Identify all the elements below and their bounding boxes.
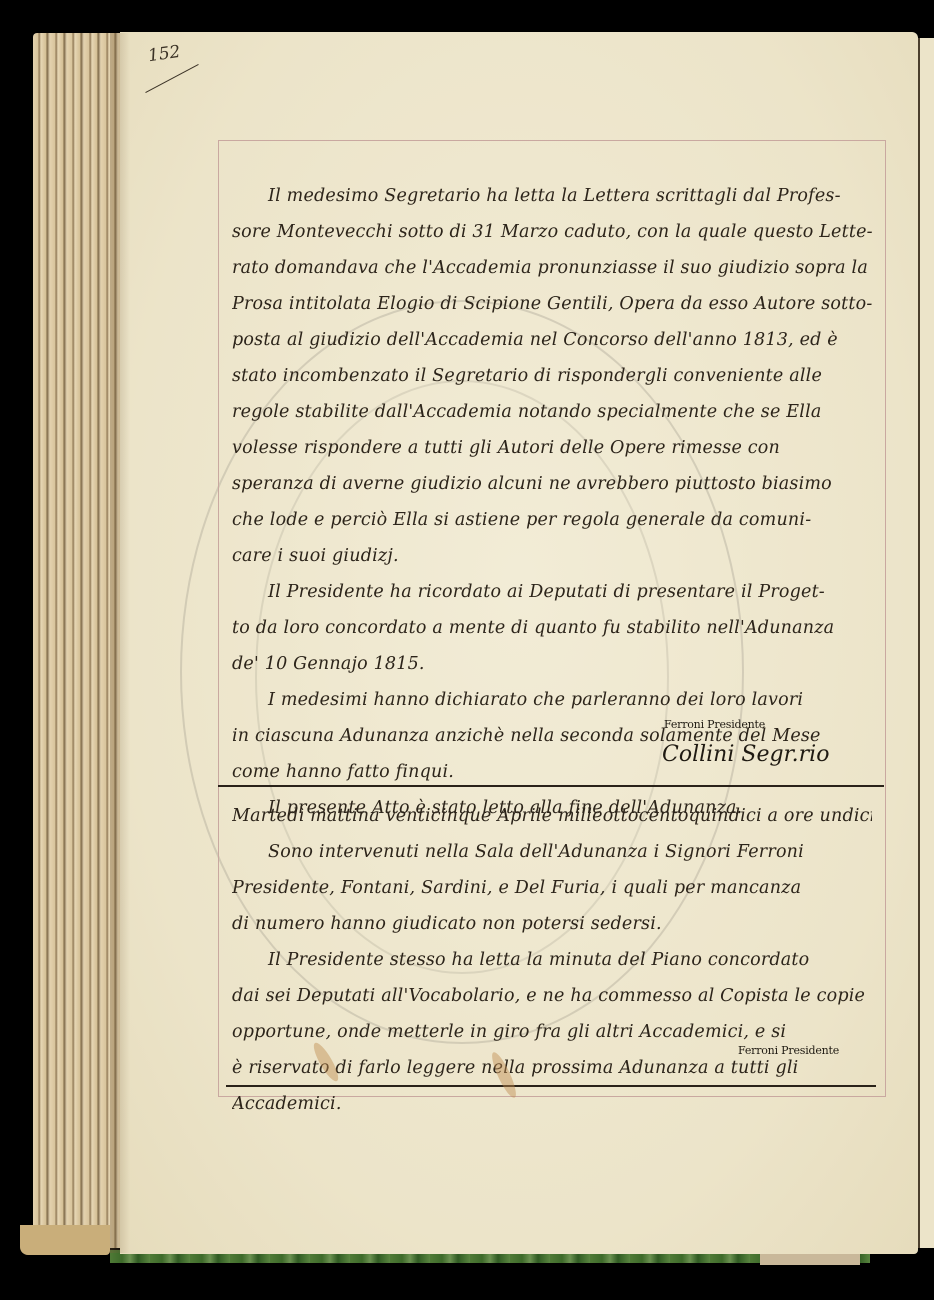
text-line: posta al giudizio dell'Accademia nel Con… bbox=[232, 322, 872, 358]
gutter-shadow bbox=[110, 33, 130, 1253]
text-line: volesse rispondere a tutti gli Autori de… bbox=[232, 430, 872, 466]
scanned-book: 152 Il medesimo Segretario ha letta la L… bbox=[0, 0, 934, 1300]
text-line: rato domandava che l'Accademia pronunzia… bbox=[232, 250, 872, 286]
text-line: Prosa intitolata Elogio di Scipione Gent… bbox=[232, 286, 872, 322]
text-line: Presidente, Fontani, Sardini, e Del Furi… bbox=[232, 870, 872, 906]
session-end-divider bbox=[226, 1085, 876, 1087]
text-line: I medesimi hanno dichiarato che parleran… bbox=[232, 682, 872, 718]
text-line: Il Presidente ha ricordato ai Deputati d… bbox=[232, 574, 872, 610]
president-signature: Ferroni Presidente bbox=[738, 1044, 839, 1057]
secretary-signature: Collini Segr.rio bbox=[662, 742, 829, 767]
president-signature: Ferroni Presidente bbox=[664, 718, 765, 731]
session-1-text: Il medesimo Segretario ha letta la Lette… bbox=[232, 178, 872, 826]
text-line: di numero hanno giudicato non potersi se… bbox=[232, 906, 872, 942]
text-line: Accademici. bbox=[232, 1086, 872, 1122]
corner-stain bbox=[20, 1225, 110, 1255]
text-line: che lode e perciò Ella si astiene per re… bbox=[232, 502, 872, 538]
text-line: stato incombenzato il Segretario di risp… bbox=[232, 358, 872, 394]
session-divider bbox=[218, 785, 884, 787]
text-line: regole stabilite dall'Accademia notando … bbox=[232, 394, 872, 430]
text-line: Il medesimo Segretario ha letta la Lette… bbox=[232, 178, 872, 214]
text-line: speranza di averne giudizio alcuni ne av… bbox=[232, 466, 872, 502]
session-heading: Martedì mattina venticinque Aprile mille… bbox=[232, 798, 872, 834]
text-line: dai sei Deputati all'Vocabolario, e ne h… bbox=[232, 978, 872, 1014]
text-line: Sono intervenuti nella Sala dell'Adunanz… bbox=[232, 834, 872, 870]
text-line: Il Presidente stesso ha letta la minuta … bbox=[232, 942, 872, 978]
text-line: sore Montevecchi sotto di 31 Marzo cadut… bbox=[232, 214, 872, 250]
text-line: de' 10 Gennajo 1815. bbox=[232, 646, 872, 682]
facing-page-edge bbox=[918, 38, 934, 1248]
text-line: to da loro concordato a mente di quanto … bbox=[232, 610, 872, 646]
text-line: care i suoi giudizj. bbox=[232, 538, 872, 574]
